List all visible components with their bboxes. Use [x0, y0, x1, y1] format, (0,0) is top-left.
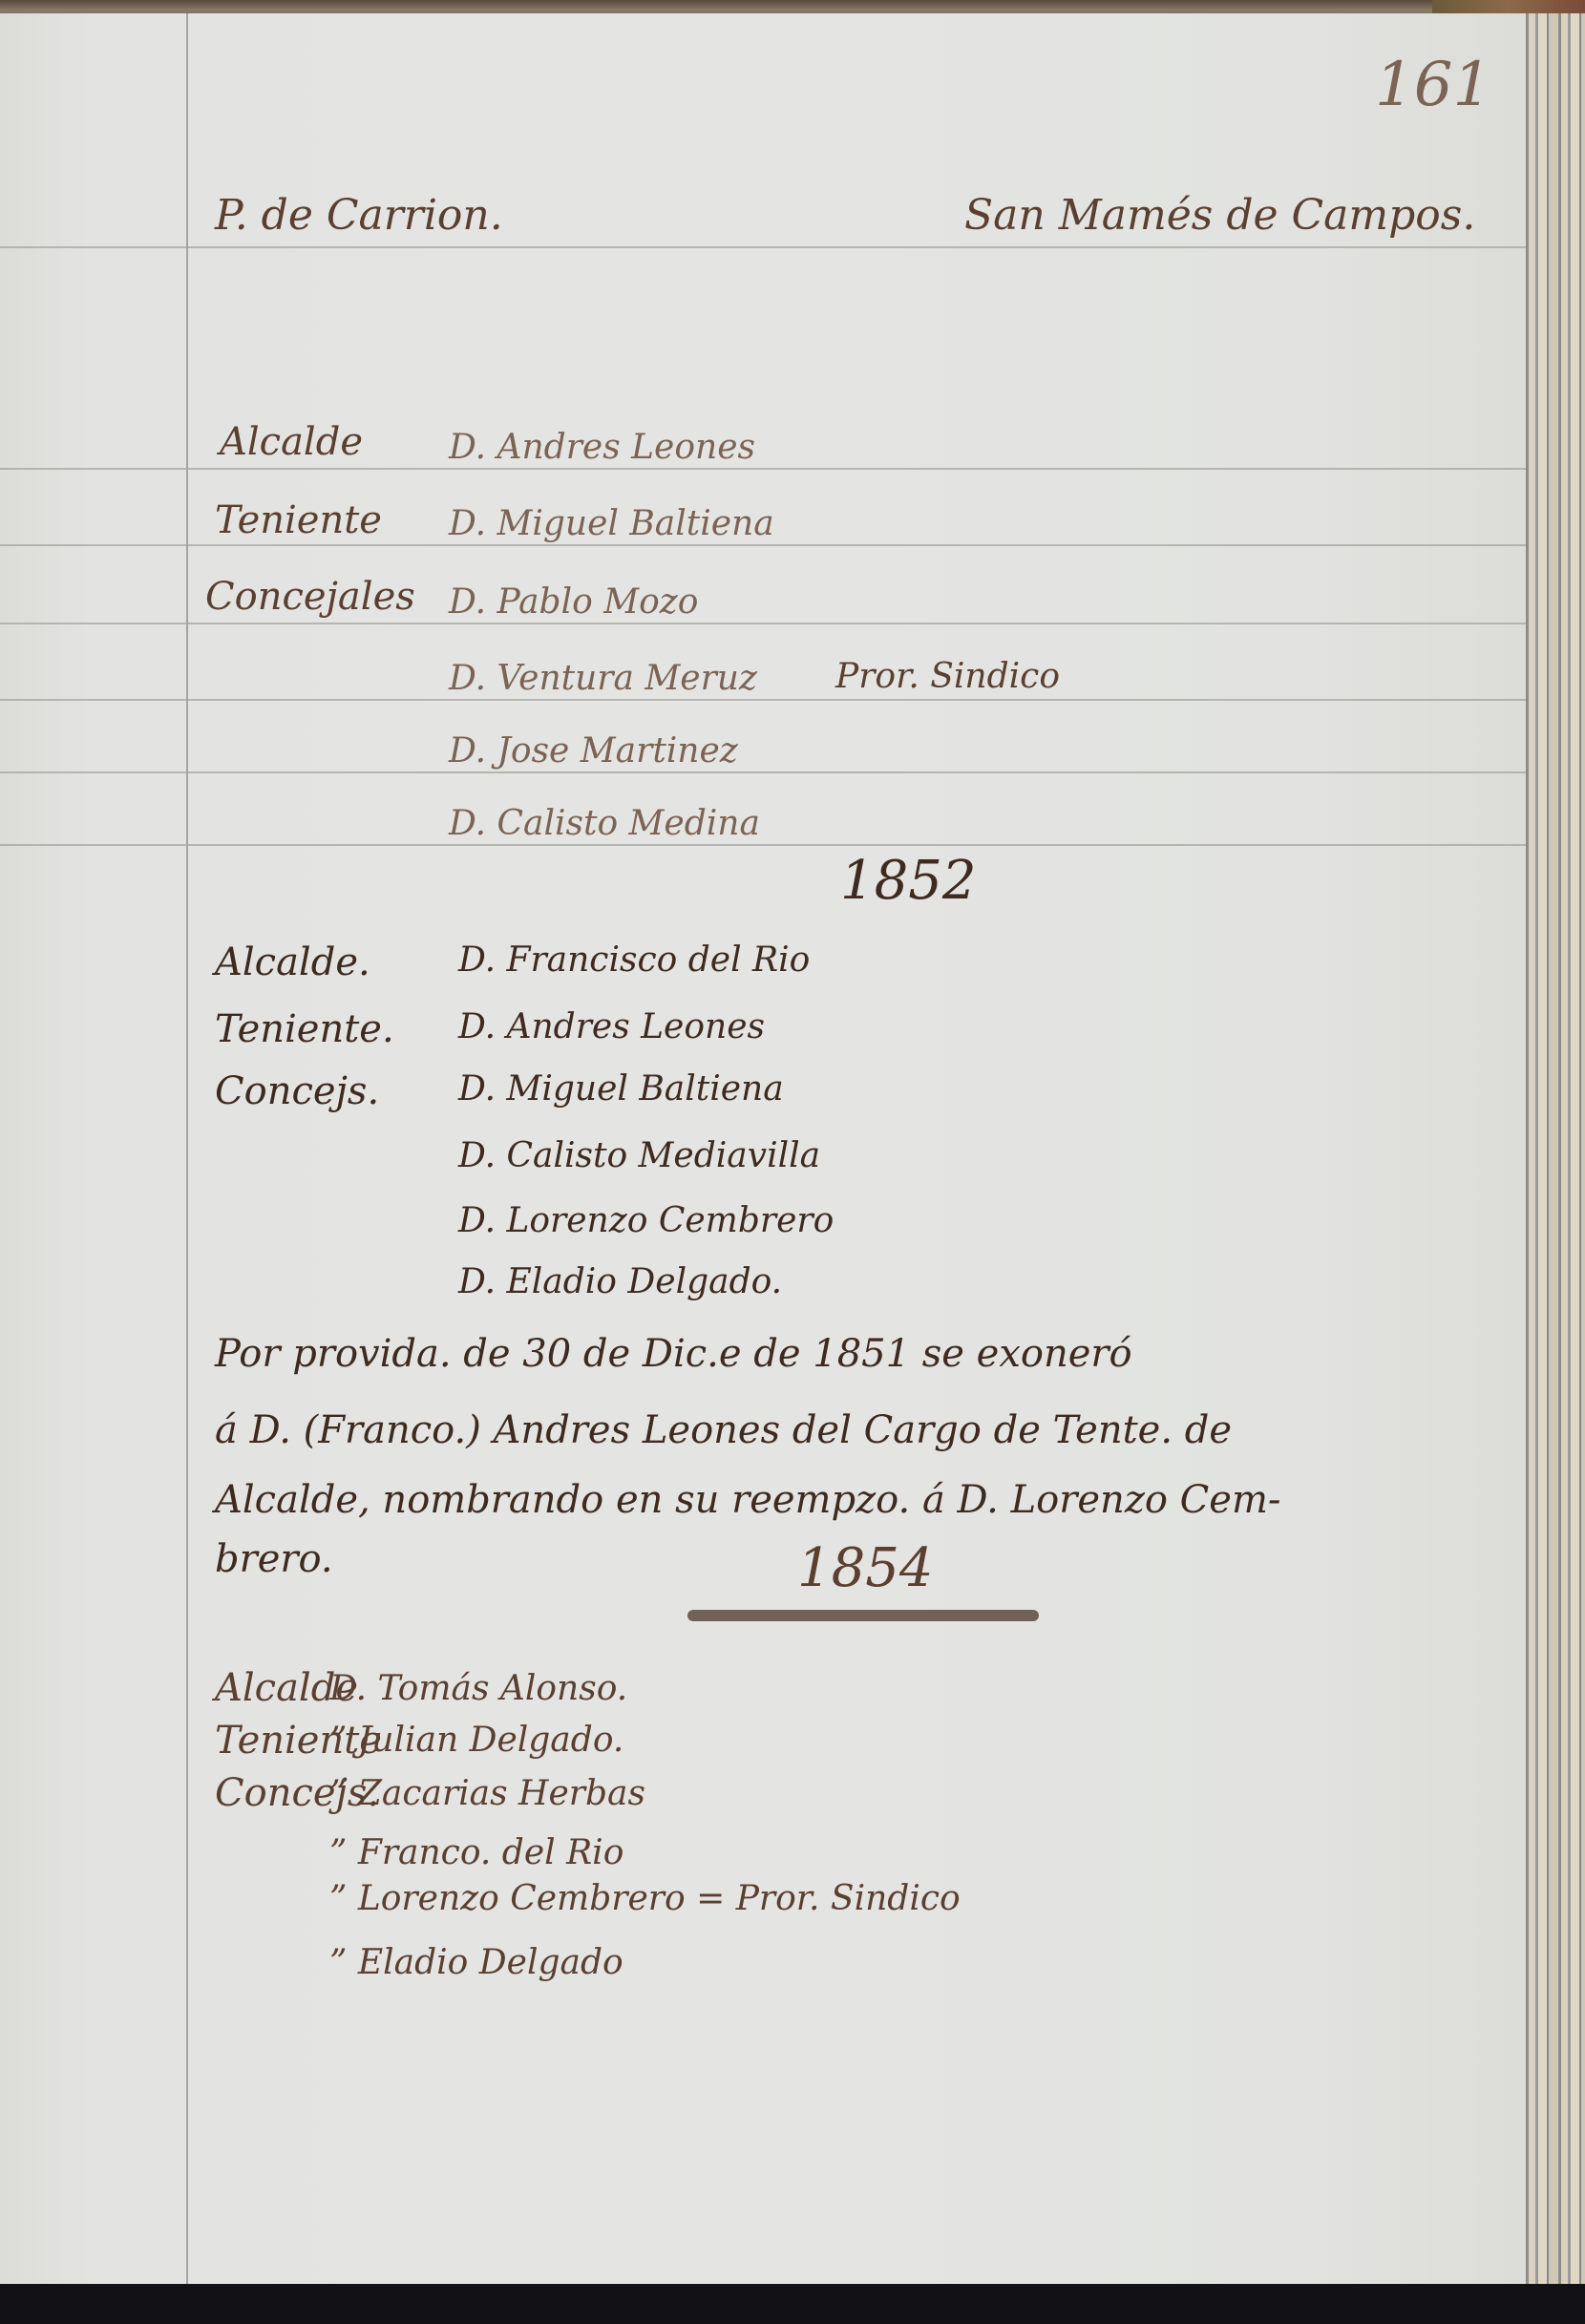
note-line: á D. (Franco.) Andres Leones del Cargo d… [215, 1408, 1232, 1452]
member-note: Pror. Sindico [835, 657, 1060, 696]
member-name: D. Andres Leones [458, 1007, 765, 1046]
role-label: Alcalde. [215, 940, 370, 984]
margin-line [186, 13, 188, 2284]
member-name: D. Jose Martinez [449, 731, 738, 771]
member-name: D. Calisto Mediavilla [458, 1136, 820, 1175]
member-name: D. Pablo Mozo [449, 582, 698, 622]
member-name: ” Lorenzo Cembrero = Pror. Sindico [329, 1879, 961, 1918]
partido-heading: P. de Carrion. [215, 191, 503, 240]
member-name: D. Ventura Meruz [449, 659, 757, 698]
ruled-line [0, 771, 1526, 773]
role-label: Concejs. [215, 1069, 379, 1113]
ruled-line [0, 623, 1526, 624]
member-name: ” Franco. del Rio [329, 1833, 623, 1872]
member-name: D. Andres Leones [449, 428, 755, 467]
year-heading: 1854 [797, 1537, 934, 1599]
member-name: D. Miguel Baltiena [458, 1069, 784, 1109]
ruled-line [0, 699, 1526, 701]
ruled-line [0, 844, 1526, 846]
role-label: Concejales [205, 575, 415, 619]
page-edges [1526, 13, 1585, 2305]
page-number: 161 [1375, 50, 1491, 120]
note-line: brero. [215, 1537, 333, 1581]
year-underline [687, 1610, 1039, 1621]
member-name: D. Calisto Medina [449, 804, 760, 843]
member-name: ” Eladio Delgado [329, 1943, 623, 1982]
role-label: Alcalde [220, 420, 363, 464]
year-heading: 1852 [840, 850, 977, 912]
note-line: Por provida. de 30 de Dic.e de 1851 se e… [215, 1332, 1132, 1376]
member-name: D. Lorenzo Cembrero [458, 1201, 834, 1240]
member-name: ” Zacarias Herbas [329, 1774, 645, 1813]
member-name: ” Julian Delgado. [329, 1721, 623, 1760]
member-name: D. Tomás Alonso. [329, 1669, 627, 1708]
member-name: D. Eladio Delgado. [458, 1262, 782, 1301]
role-label: Teniente. [215, 1007, 394, 1051]
role-label: Teniente [215, 498, 382, 542]
ruled-line [0, 544, 1526, 546]
ruled-line [0, 468, 1526, 470]
bottom-shadow [0, 2284, 1585, 2324]
municipio-heading: San Mamés de Campos. [964, 191, 1475, 240]
note-line: Alcalde, nombrando en su reempzo. á D. L… [215, 1478, 1280, 1522]
ruled-line [0, 246, 1526, 248]
member-name: D. Miguel Baltiena [449, 504, 774, 543]
member-name: D. Francisco del Rio [458, 940, 810, 980]
